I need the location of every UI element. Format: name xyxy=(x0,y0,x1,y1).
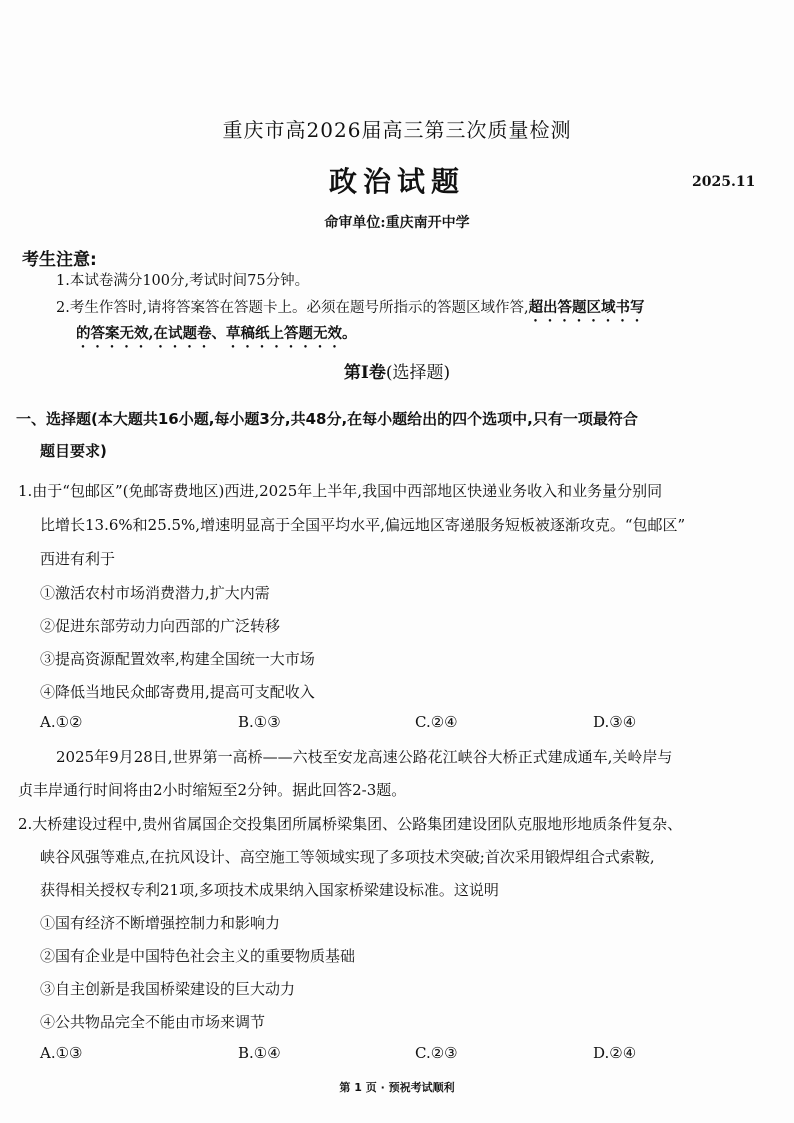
q1-option-d[interactable]: D.③④ xyxy=(593,713,636,731)
notice-heading: 考生注意: xyxy=(22,245,97,270)
section-title-sub: (选择题) xyxy=(386,363,450,383)
q1-statement-2: ②促进东部劳动力向西部的广泛转移 xyxy=(40,615,280,636)
subject-title: 政治试题 xyxy=(0,160,794,200)
exam-page: 重庆市高2026届高三第三次质量检测 政治试题 2025.11 命审单位:重庆南… xyxy=(0,0,794,1123)
section-title: 第Ⅰ卷(选择题) xyxy=(0,358,794,383)
q2-stem-line-3: 获得相关授权专利21项,多项技术成果纳入国家桥梁建设标准。这说明 xyxy=(40,879,499,900)
q2-stem-line-2: 峡谷风强等难点,在抗风设计、高空施工等领域实现了多项技术突破;首次采用锻焊组合式… xyxy=(40,846,655,867)
section-title-main: 第Ⅰ卷 xyxy=(344,363,386,383)
q1-option-a[interactable]: A.①② xyxy=(40,713,83,731)
q2-stem-line-1: 2.大桥建设过程中,贵州省属国企交投集团所属桥梁集团、公路集团建设团队克服地形地… xyxy=(18,813,682,834)
notice-item-2-text: 2.考生作答时,请将答案答在答题卡上。必须在题号所指示的答题区域作答, xyxy=(56,300,529,316)
q1-statement-1: ①激活农村市场消费潜力,扩大内需 xyxy=(40,582,270,603)
part-heading-line-2: 题目要求) xyxy=(40,440,107,461)
q2-statement-2: ②国有企业是中国特色社会主义的重要物质基础 xyxy=(40,945,355,966)
notice-item-2-continued: 的答案无效,在试题卷、草稿纸上答题无效。 xyxy=(76,322,357,351)
q2-option-c[interactable]: C.②③ xyxy=(415,1044,458,1062)
exam-title: 重庆市高2026届高三第三次质量检测 xyxy=(0,114,794,143)
q1-stem-line-2: 比增长13.6%和25.5%,增速明显高于全国平均水平,偏远地区寄递服务短板被逐… xyxy=(40,514,685,535)
notice-item-1: 1.本试卷满分100分,考试时间75分钟。 xyxy=(56,269,309,290)
setter-unit: 命审单位:重庆南开中学 xyxy=(0,212,794,232)
q2-statement-4: ④公共物品完全不能由市场来调节 xyxy=(40,1011,265,1032)
q2-statement-3: ③自主创新是我国桥梁建设的巨大动力 xyxy=(40,978,295,999)
q1-stem-line-1: 1.由于“包邮区”(免邮寄费地区)西进,2025年上半年,我国中西部地区快递业务… xyxy=(18,480,662,501)
notice-item-2: 2.考生作答时,请将答案答在答题卡上。必须在题号所指示的答题区域作答,超出答题区… xyxy=(56,296,645,325)
q2-option-a[interactable]: A.①③ xyxy=(40,1044,83,1062)
q1-option-b[interactable]: B.①③ xyxy=(238,713,281,731)
q2-statement-1: ①国有经济不断增强控制力和影响力 xyxy=(40,912,280,933)
material-line-1: 2025年9月28日,世界第一高桥——六枝至安龙高速公路花江峡谷大桥正式建成通车… xyxy=(56,746,672,767)
q2-option-b[interactable]: B.①④ xyxy=(238,1044,281,1062)
q1-statement-3: ③提高资源配置效率,构建全国统一大市场 xyxy=(40,648,315,669)
page-footer: 第 1 页 · 预祝考试顺利 xyxy=(0,1079,794,1095)
material-line-2: 贞丰岸通行时间将由2小时缩短至2分钟。据此回答2-3题。 xyxy=(18,779,406,800)
exam-date: 2025.11 xyxy=(692,174,755,190)
part-heading-line-1: 一、选择题(本大题共16小题,每小题3分,共48分,在每小题给出的四个选项中,只… xyxy=(16,408,638,429)
q2-option-d[interactable]: D.②④ xyxy=(593,1044,636,1062)
q1-stem-line-3: 西进有利于 xyxy=(40,548,115,569)
q1-statement-4: ④降低当地民众邮寄费用,提高可支配收入 xyxy=(40,681,315,702)
notice-item-2-emphasis: 超出答题区域书写 xyxy=(529,299,645,316)
q1-option-c[interactable]: C.②④ xyxy=(415,713,458,731)
